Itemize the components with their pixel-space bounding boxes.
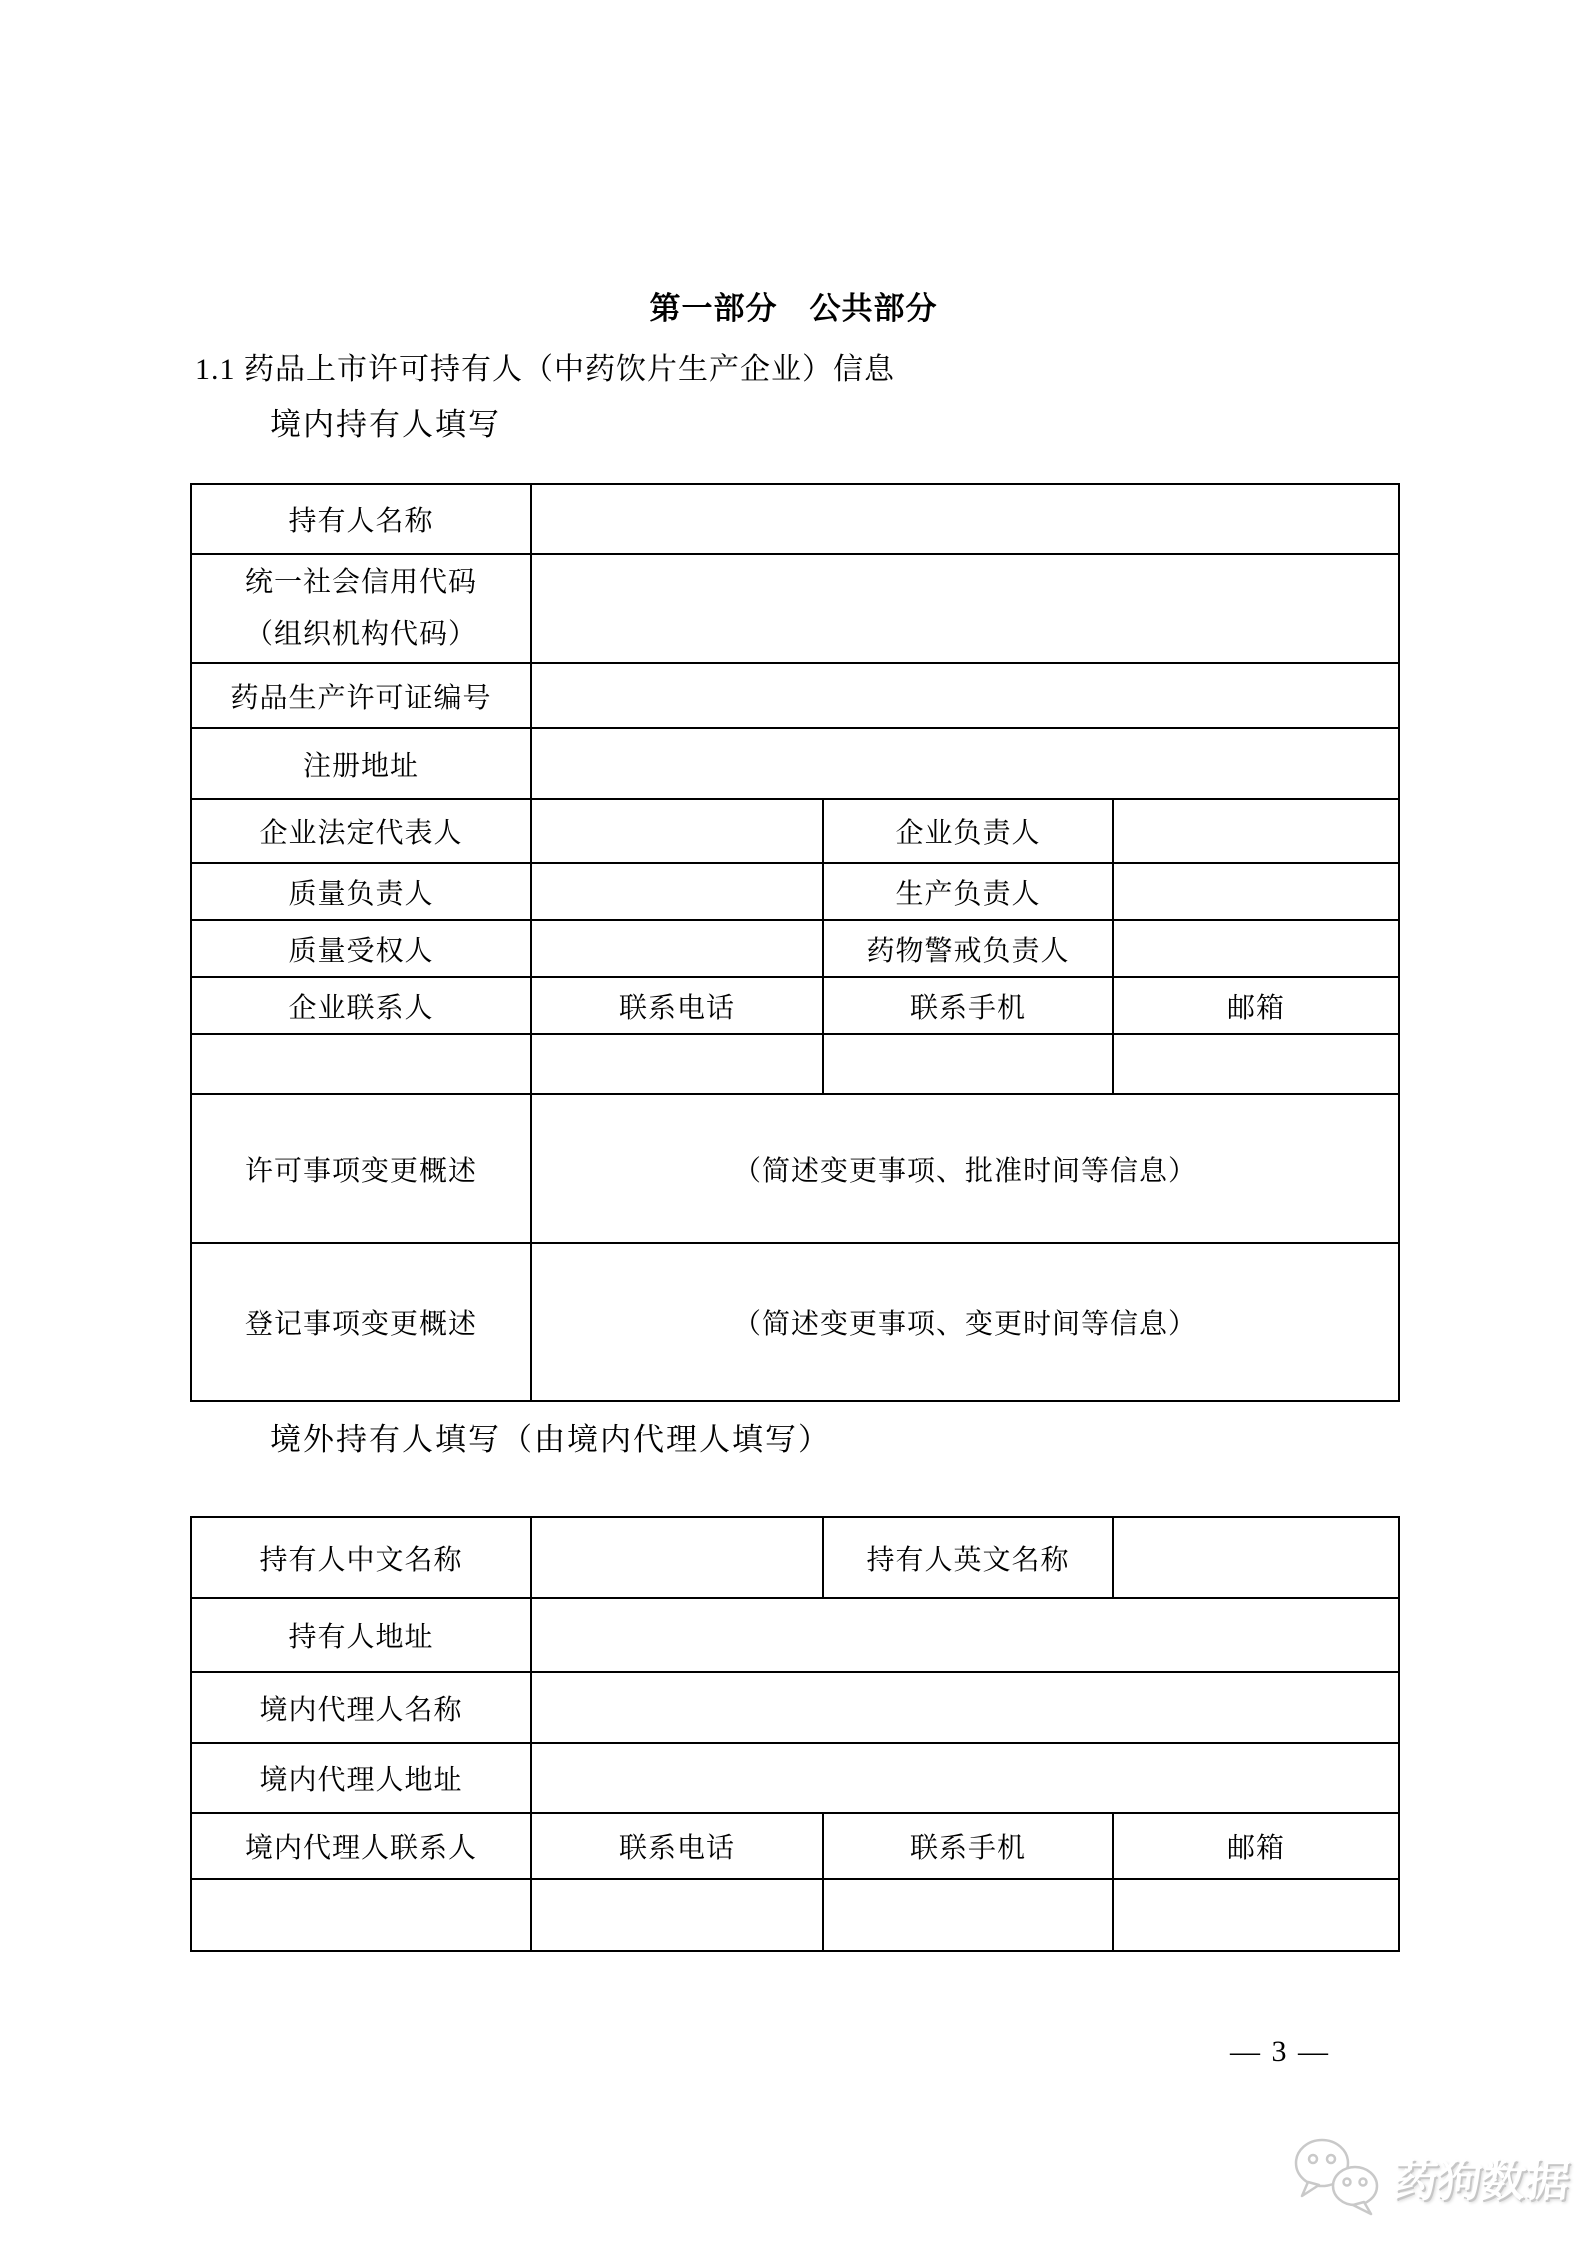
production-head-label: 生产负责人 bbox=[823, 863, 1113, 920]
credit-code-label-line2: （组织机构代码） bbox=[192, 609, 530, 661]
company-head-value-cell bbox=[1113, 799, 1399, 863]
credit-code-label-line1: 统一社会信用代码 bbox=[192, 557, 530, 609]
table-row bbox=[191, 1034, 1399, 1094]
quality-head-value-cell bbox=[531, 863, 823, 920]
production-license-no-label: 药品生产许可证编号 bbox=[191, 663, 531, 728]
table-row: 企业联系人 联系电话 联系手机 邮箱 bbox=[191, 977, 1399, 1034]
mobile-label: 联系手机 bbox=[823, 977, 1113, 1034]
credit-code-value-cell bbox=[531, 554, 1399, 663]
table-row: 持有人名称 bbox=[191, 484, 1399, 554]
legal-representative-value-cell bbox=[531, 799, 823, 863]
registration-change-summary-label: 登记事项变更概述 bbox=[191, 1243, 531, 1401]
domestic-agent-name-label: 境内代理人名称 bbox=[191, 1672, 531, 1743]
page-title: 第一部分 公共部分 bbox=[0, 290, 1587, 328]
holder-en-name-value-cell bbox=[1113, 1517, 1399, 1598]
holder-address-value-cell bbox=[531, 1598, 1399, 1672]
holder-name-value-cell bbox=[531, 484, 1399, 554]
table-row: 注册地址 bbox=[191, 728, 1399, 799]
license-change-summary-note: （简述变更事项、批准时间等信息） bbox=[531, 1094, 1399, 1243]
holder-cn-name-label: 持有人中文名称 bbox=[191, 1517, 531, 1598]
agent-email-label: 邮箱 bbox=[1113, 1813, 1399, 1879]
table-row: 药品生产许可证编号 bbox=[191, 663, 1399, 728]
phone-value-cell bbox=[531, 1034, 823, 1094]
table-row: 境内代理人联系人 联系电话 联系手机 邮箱 bbox=[191, 1813, 1399, 1879]
watermark-text: 药狗数据 bbox=[1391, 2145, 1574, 2209]
wechat-bubbles-icon bbox=[1292, 2136, 1388, 2218]
table-row: 统一社会信用代码 （组织机构代码） bbox=[191, 554, 1399, 663]
quality-authorized-person-value-cell bbox=[531, 920, 823, 977]
holder-en-name-label: 持有人英文名称 bbox=[823, 1517, 1113, 1598]
table-row: 持有人地址 bbox=[191, 1598, 1399, 1672]
registration-change-summary-note: （简述变更事项、变更时间等信息） bbox=[531, 1243, 1399, 1401]
email-label: 邮箱 bbox=[1113, 977, 1399, 1034]
legal-representative-label: 企业法定代表人 bbox=[191, 799, 531, 863]
agent-email-value-cell bbox=[1113, 1879, 1399, 1951]
section-1-1-heading: 1.1 药品上市许可持有人（中药饮片生产企业）信息 bbox=[195, 350, 895, 390]
table-row: 境内代理人名称 bbox=[191, 1672, 1399, 1743]
company-contact-label: 企业联系人 bbox=[191, 977, 531, 1034]
domestic-agent-contact-label: 境内代理人联系人 bbox=[191, 1813, 531, 1879]
table-row bbox=[191, 1879, 1399, 1951]
mobile-value-cell bbox=[823, 1034, 1113, 1094]
holder-address-label: 持有人地址 bbox=[191, 1598, 531, 1672]
table-row: 质量负责人 生产负责人 bbox=[191, 863, 1399, 920]
company-contact-value-cell bbox=[191, 1034, 531, 1094]
agent-mobile-label: 联系手机 bbox=[823, 1813, 1113, 1879]
production-license-no-value-cell bbox=[531, 663, 1399, 728]
email-value-cell bbox=[1113, 1034, 1399, 1094]
document-page: 第一部分 公共部分 1.1 药品上市许可持有人（中药饮片生产企业）信息 境内持有… bbox=[0, 0, 1587, 2245]
table-row: 企业法定代表人 企业负责人 bbox=[191, 799, 1399, 863]
agent-phone-value-cell bbox=[531, 1879, 823, 1951]
registered-address-label: 注册地址 bbox=[191, 728, 531, 799]
domestic-agent-address-value-cell bbox=[531, 1743, 1399, 1813]
table-row: 持有人中文名称 持有人英文名称 bbox=[191, 1517, 1399, 1598]
registered-address-value-cell bbox=[531, 728, 1399, 799]
agent-mobile-value-cell bbox=[823, 1879, 1113, 1951]
phone-label: 联系电话 bbox=[531, 977, 823, 1034]
watermark: 药狗数据 bbox=[1292, 2136, 1570, 2218]
credit-code-label: 统一社会信用代码 （组织机构代码） bbox=[191, 554, 531, 663]
table-row: 登记事项变更概述 （简述变更事项、变更时间等信息） bbox=[191, 1243, 1399, 1401]
domestic-holder-table: 持有人名称 统一社会信用代码 （组织机构代码） 药品生产许可证编号 注册地址 企… bbox=[190, 483, 1400, 1402]
overseas-holder-heading: 境外持有人填写（由境内代理人填写） bbox=[270, 1420, 831, 1460]
production-head-value-cell bbox=[1113, 863, 1399, 920]
company-head-label: 企业负责人 bbox=[823, 799, 1113, 863]
domestic-holder-heading: 境内持有人填写 bbox=[270, 405, 501, 445]
table-row: 许可事项变更概述 （简述变更事项、批准时间等信息） bbox=[191, 1094, 1399, 1243]
holder-name-label: 持有人名称 bbox=[191, 484, 531, 554]
license-change-summary-label: 许可事项变更概述 bbox=[191, 1094, 531, 1243]
agent-phone-label: 联系电话 bbox=[531, 1813, 823, 1879]
holder-cn-name-value-cell bbox=[531, 1517, 823, 1598]
quality-authorized-person-label: 质量受权人 bbox=[191, 920, 531, 977]
pharmacovigilance-head-label: 药物警戒负责人 bbox=[823, 920, 1113, 977]
table-row: 质量受权人 药物警戒负责人 bbox=[191, 920, 1399, 977]
page-number: — 3 — bbox=[1170, 2035, 1390, 2069]
quality-head-label: 质量负责人 bbox=[191, 863, 531, 920]
domestic-agent-address-label: 境内代理人地址 bbox=[191, 1743, 531, 1813]
pharmacovigilance-head-value-cell bbox=[1113, 920, 1399, 977]
domestic-agent-name-value-cell bbox=[531, 1672, 1399, 1743]
agent-contact-value-cell bbox=[191, 1879, 531, 1951]
overseas-holder-table: 持有人中文名称 持有人英文名称 持有人地址 境内代理人名称 境内代理人地址 境内… bbox=[190, 1516, 1400, 1952]
table-row: 境内代理人地址 bbox=[191, 1743, 1399, 1813]
